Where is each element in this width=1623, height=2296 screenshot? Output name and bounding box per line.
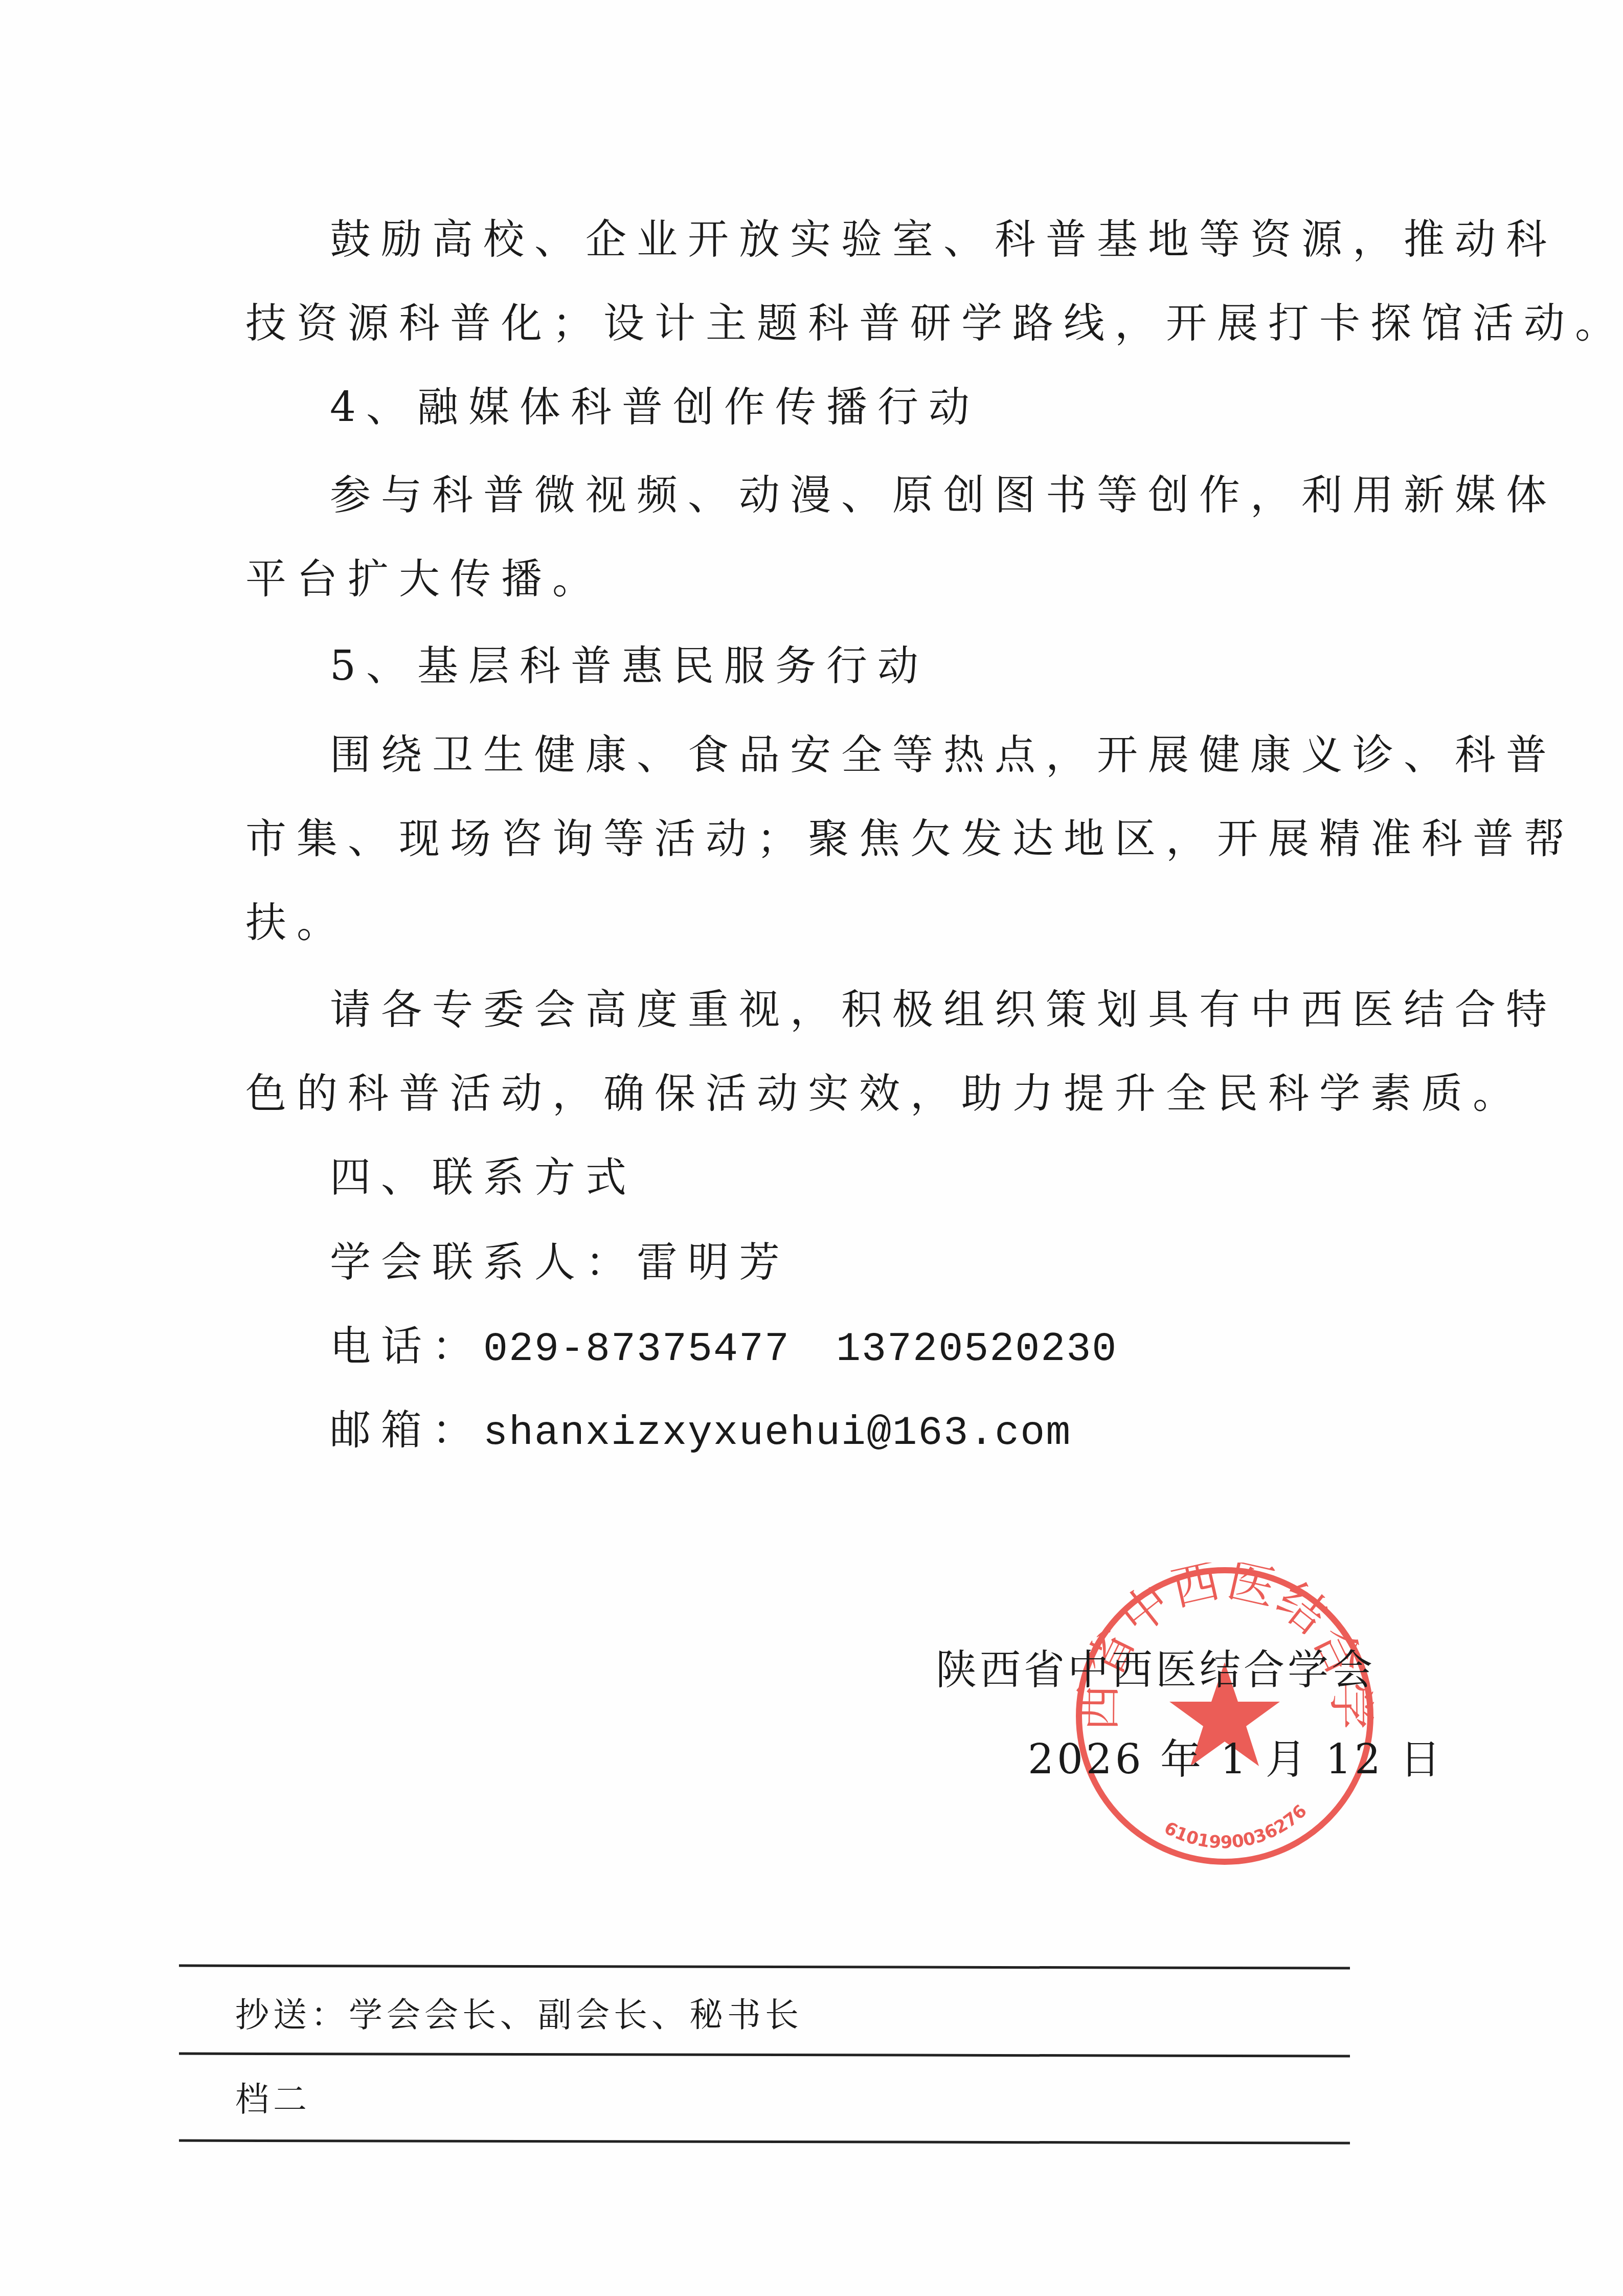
signature-date: 2026 年 1 月 12 日 — [1028, 1734, 1444, 1785]
contact-phone: 电话：029-8737547713720520230 — [330, 1321, 1465, 1375]
archive-note: 档二 — [235, 2077, 311, 2123]
paragraph-line: 平台扩大传播。 — [245, 553, 1381, 605]
contact-person-name: 雷明芳 — [637, 1238, 790, 1286]
paragraph-line: 请各专委会高度重视，积极组织策划具有中西医结合特 — [330, 984, 1465, 1035]
divider — [179, 2053, 1350, 2058]
contact-person: 学会联系人：雷明芳 — [330, 1237, 1465, 1288]
divider — [179, 2139, 1350, 2145]
email-link[interactable]: shanxizxyxuehui@163.com — [483, 1410, 1071, 1457]
phone-mobile[interactable]: 13720520230 — [836, 1326, 1117, 1373]
cc-line: 抄送：学会会长、副会长、秘书长 — [235, 1992, 803, 2038]
phone-landline[interactable]: 029-87375477 — [483, 1326, 790, 1373]
official-seal-stamp: 陕西省中西医结合学会 6101990036276 — [1071, 1563, 1378, 1869]
paragraph-line: 扶。 — [245, 897, 1381, 948]
contact-email: 邮箱：shanxizxyxuehui@163.com — [330, 1405, 1465, 1459]
paragraph-line: 参与科普微视频、动漫、原创图书等创作，利用新媒体 — [330, 470, 1465, 521]
paragraph-line: 技资源科普化；设计主题科普研学路线，开展打卡探馆活动。 — [245, 298, 1381, 349]
section-heading: 四、联系方式 — [330, 1152, 1465, 1203]
contact-person-label: 学会联系人： — [330, 1238, 637, 1286]
section-heading: 4、融媒体科普创作传播行动 — [330, 382, 1465, 433]
paragraph-line: 市集、现场咨询等活动；聚焦欠发达地区，开展精准科普帮 — [245, 813, 1381, 864]
divider — [179, 1965, 1350, 1970]
phone-label: 电话： — [330, 1322, 483, 1370]
document-page: 鼓励高校、企业开放实验室、科普基地等资源，推动科 技资源科普化；设计主题科普研学… — [0, 0, 1623, 2296]
email-label: 邮箱： — [330, 1406, 483, 1454]
paragraph-line: 围绕卫生健康、食品安全等热点，开展健康义诊、科普 — [330, 729, 1465, 781]
signature-organization: 陕西省中西医结合学会 — [936, 1644, 1376, 1696]
section-heading: 5、基层科普惠民服务行动 — [330, 640, 1465, 692]
paragraph-line: 色的科普活动，确保活动实效，助力提升全民科学素质。 — [245, 1068, 1381, 1119]
paragraph-line: 鼓励高校、企业开放实验室、科普基地等资源，推动科 — [330, 214, 1465, 265]
